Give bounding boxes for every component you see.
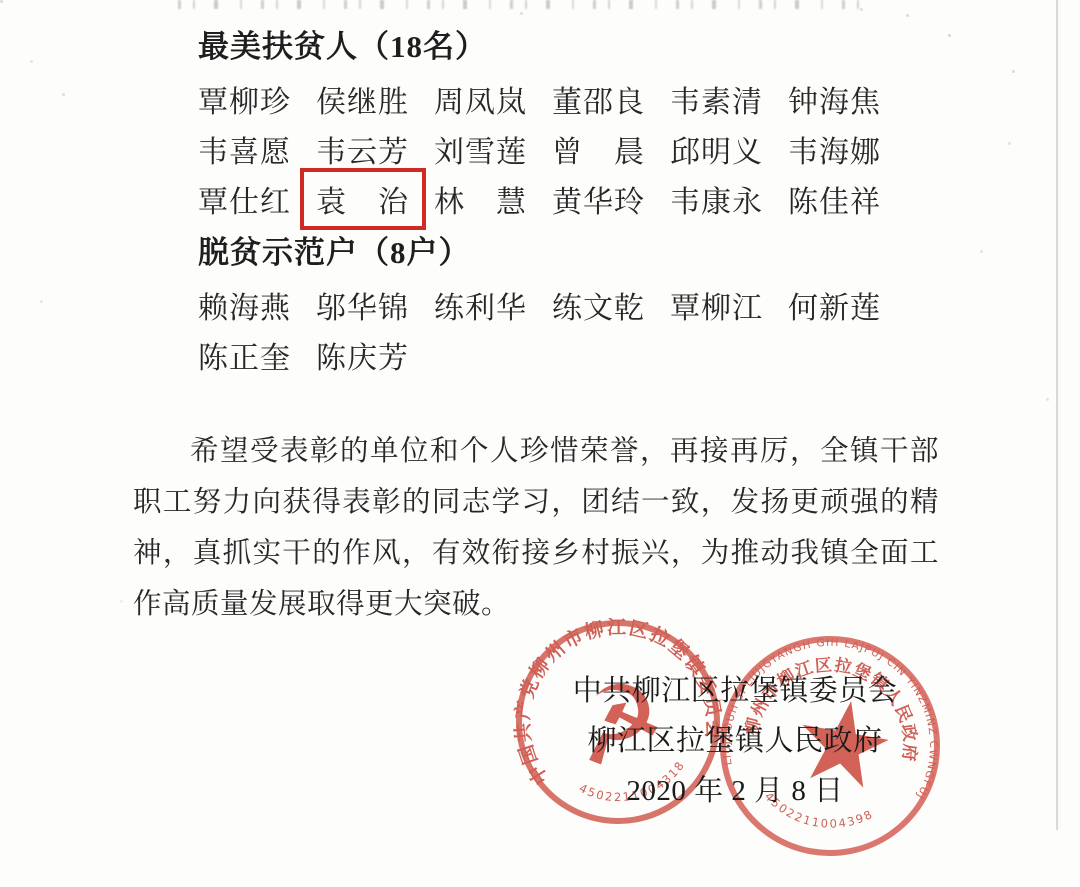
org-name-government: 柳江区拉堡镇人民政府 bbox=[523, 716, 947, 766]
awardee-name: 邬华锦 bbox=[316, 283, 410, 327]
awardee-name: 覃柳珍 bbox=[198, 77, 292, 121]
awardee-name: 钟海焦 bbox=[788, 77, 882, 121]
award-sections: 最美扶贫人（18名）覃柳珍侯继胜周凤岚董邵良韦素清钟海焦韦喜愿韦云芳刘雪莲曾 晨… bbox=[133, 22, 939, 380]
name-row: 陈正奎陈庆芳 bbox=[198, 330, 939, 380]
section-title: 最美扶贫人（18名） bbox=[198, 22, 939, 72]
awardee-name: 覃柳江 bbox=[670, 283, 764, 327]
org-name-party-committee: 中共柳江区拉堡镇委员会 bbox=[523, 666, 947, 716]
awardee-name-highlighted: 袁 治 bbox=[300, 168, 426, 230]
awardee-name: 韦云芳 bbox=[316, 127, 410, 171]
document-content: 最美扶贫人（18名）覃柳珍侯继胜周凤岚董邵良韦素清钟海焦韦喜愿韦云芳刘雪莲曾 晨… bbox=[133, 22, 939, 630]
awardee-name: 覃仕红 bbox=[198, 177, 292, 221]
awardee-name: 何新莲 bbox=[788, 283, 882, 327]
signature-block: 中共柳江区拉堡镇委员会 柳江区拉堡镇人民政府 2020 年 2 月 8 日 bbox=[523, 666, 947, 816]
awardee-name: 韦喜愿 bbox=[198, 127, 292, 171]
name-row: 覃柳珍侯继胜周凤岚董邵良韦素清钟海焦 bbox=[198, 74, 939, 124]
awardee-name: 邱明义 bbox=[670, 127, 764, 171]
truncated-top-text-line bbox=[178, 0, 878, 9]
awardee-name: 陈庆芳 bbox=[316, 333, 410, 377]
name-row: 覃仕红袁 治林 慧黄华玲韦康永陈佳祥 bbox=[198, 174, 939, 224]
awardee-name: 韦素清 bbox=[670, 77, 764, 121]
awardee-name: 刘雪莲 bbox=[434, 127, 528, 171]
name-row: 韦喜愿韦云芳刘雪莲曾 晨邱明义韦海娜 bbox=[198, 124, 939, 174]
awardee-name: 黄华玲 bbox=[552, 177, 646, 221]
date-line: 2020 年 2 月 8 日 bbox=[523, 766, 947, 816]
awardee-name: 陈佳祥 bbox=[788, 177, 882, 221]
section-title: 脱贫示范户（8户） bbox=[198, 228, 939, 278]
awardee-name: 练利华 bbox=[434, 283, 528, 327]
closing-paragraph: 希望受表彰的单位和个人珍惜荣誉，再接再厉，全镇干部职工努力向获得表彰的同志学习，… bbox=[133, 426, 939, 630]
awardee-name: 韦康永 bbox=[670, 177, 764, 221]
awardee-name: 陈正奎 bbox=[198, 333, 292, 377]
document-page: 最美扶贫人（18名）覃柳珍侯继胜周凤岚董邵良韦素清钟海焦韦喜愿韦云芳刘雪莲曾 晨… bbox=[0, 0, 1080, 887]
awardee-name: 董邵良 bbox=[552, 77, 646, 121]
page-edge-line bbox=[1056, 0, 1058, 830]
awardee-name: 林 慧 bbox=[434, 177, 528, 221]
awardee-name: 韦海娜 bbox=[788, 127, 882, 171]
name-row: 赖海燕邬华锦练利华练文乾覃柳江何新莲 bbox=[198, 280, 939, 330]
awardee-name: 侯继胜 bbox=[316, 77, 410, 121]
awardee-name: 赖海燕 bbox=[198, 283, 292, 327]
awardee-name: 曾 晨 bbox=[552, 127, 646, 171]
awardee-name: 练文乾 bbox=[552, 283, 646, 327]
awardee-name: 周凤岚 bbox=[434, 77, 528, 121]
